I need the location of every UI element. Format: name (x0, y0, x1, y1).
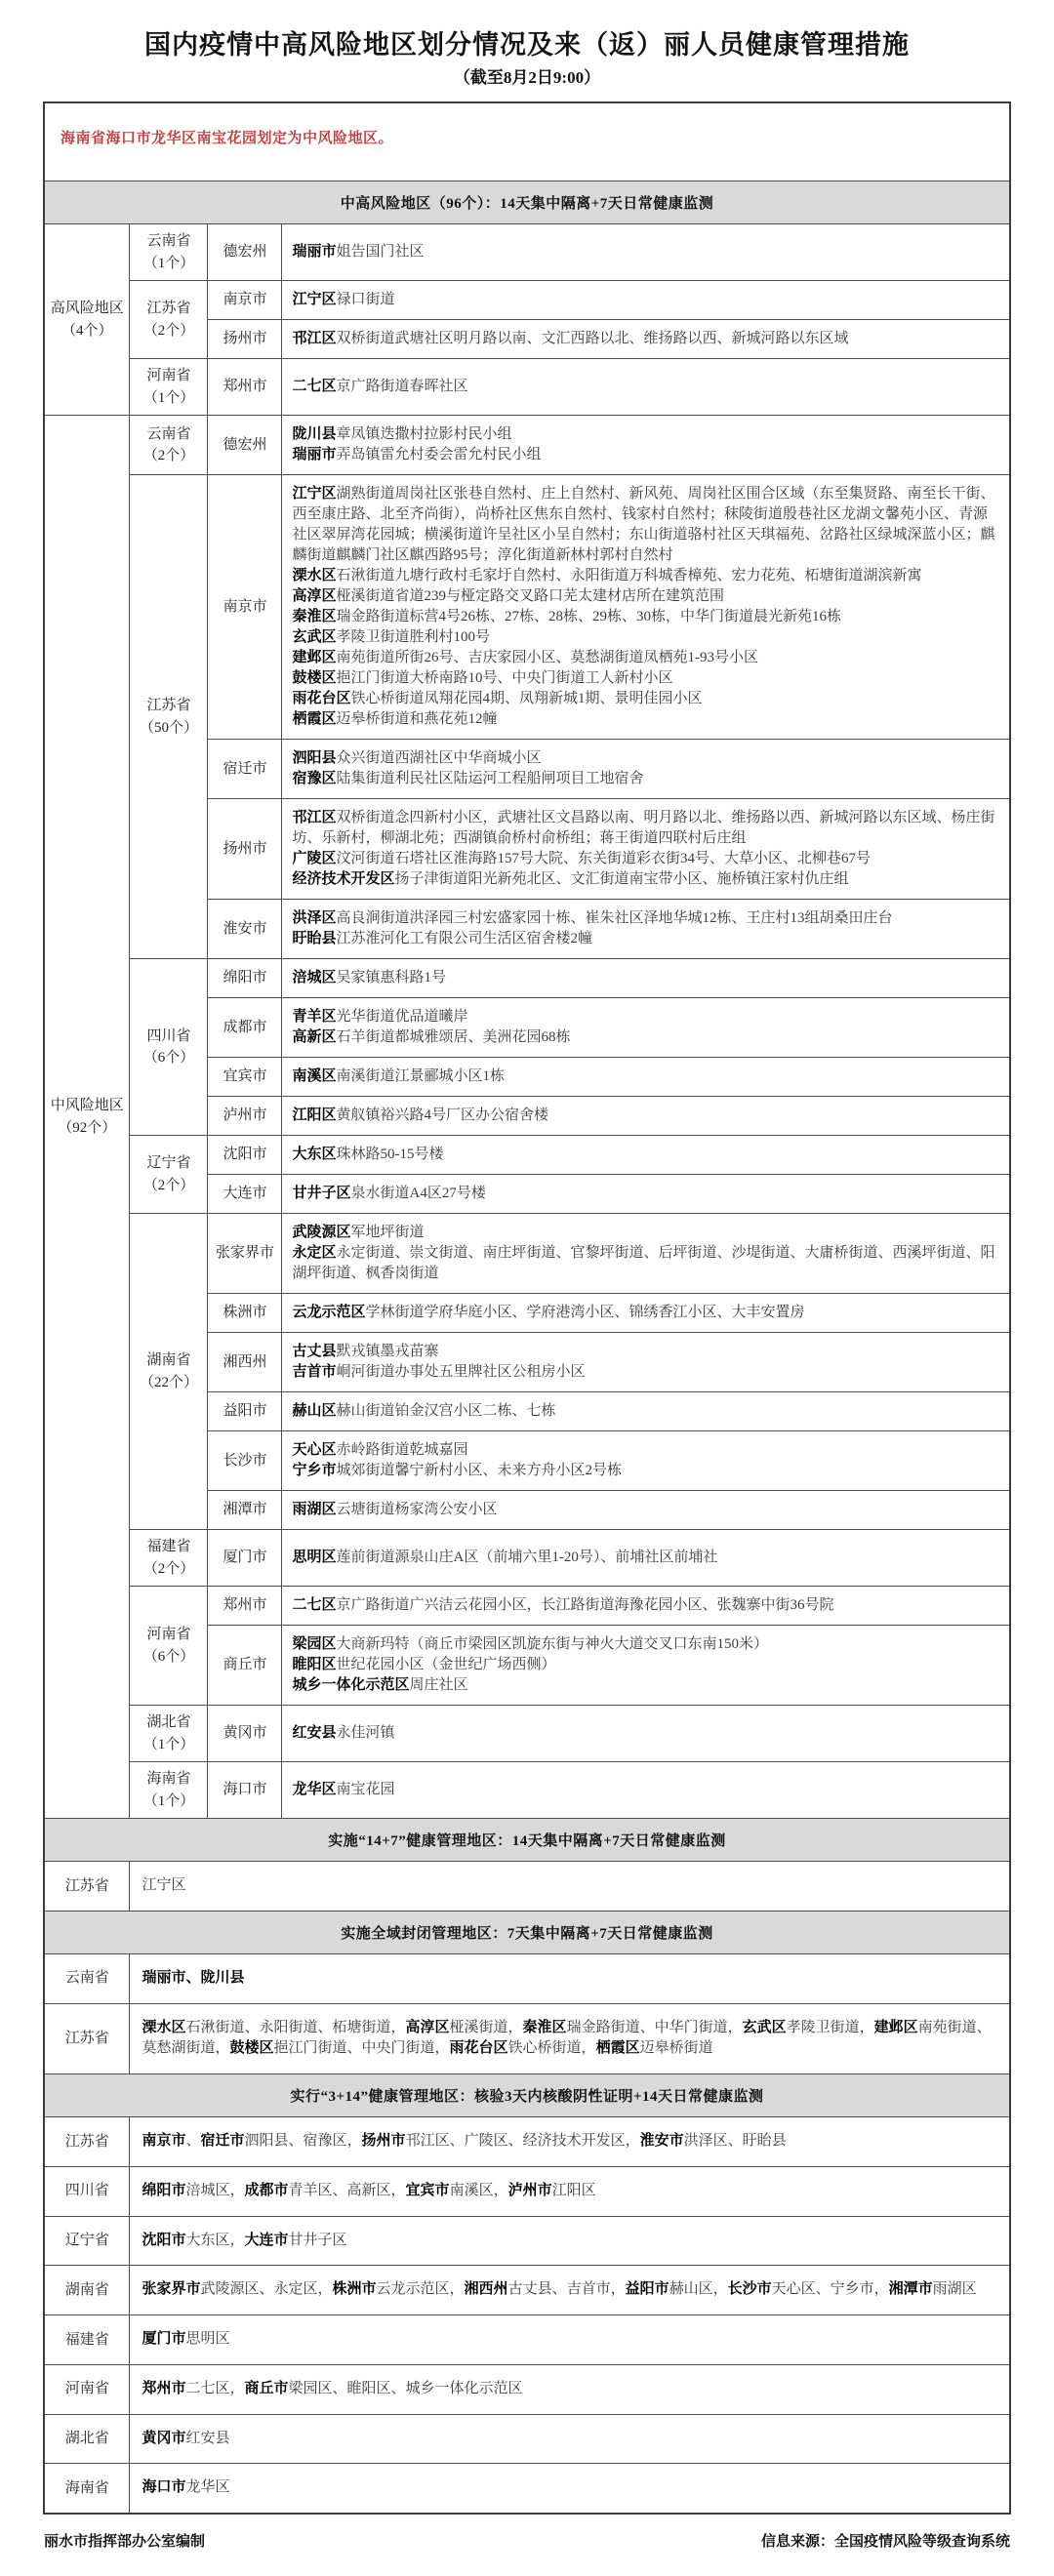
risk-category-cell: 高风险地区 （4个） (44, 224, 130, 416)
district-name: 泗阳县 (292, 750, 336, 766)
area-text: 军地坪街道 (351, 1225, 425, 1240)
district-name: 陇川县 (292, 426, 336, 442)
area-text: 云塘街道杨家湾公安小区 (337, 1502, 498, 1517)
detail-cell: 甘井子区泉水街道A4区27号楼 (282, 1175, 1010, 1214)
area-entry: 南京市、宿迁市泗阳县、宿豫区，扬州市邗江区、广陵区、经济技术开发区，淮安市洪泽区… (142, 2131, 997, 2153)
area-text: 双桥街道武塘社区明月路以南、文汇西路以北、维扬路以西、新城河路以东区域 (337, 331, 849, 346)
area-text: 众兴街道西湖社区中华商城小区 (337, 750, 542, 766)
district-name: 栖霞区 (596, 2040, 640, 2056)
city-cell: 大连市 (208, 1175, 282, 1214)
table-row: 江苏省 （2个）南京市江宁区禄口街道 (44, 281, 1010, 320)
detail-cell: 厦门市思明区 (130, 2315, 1010, 2365)
district-name: 雨湖区 (292, 1502, 336, 1517)
city-cell: 德宏州 (208, 416, 282, 475)
area-entry: 邗江区双桥街道念四新村小区，武塘社区文昌路以南、明月路以北、维扬路以西、新城河路… (292, 808, 999, 849)
district-name: 沈阳市 (142, 2233, 185, 2248)
district-name: 云龙示范区 (292, 1305, 365, 1320)
district-name: 邗江区 (292, 810, 336, 825)
detail-cell: 张家界市武陵源区、永定区，株洲市云龙示范区，湘西州古丈县、吉首市，益阳市赫山区，… (130, 2266, 1010, 2315)
city-cell: 郑州市 (208, 1587, 282, 1626)
main-section-header: 中高风险地区（96个）：14天集中隔离+7天日常健康监测 (44, 181, 1010, 224)
table-row: 江苏省 （50个）南京市江宁区湖熟街道周岗社区张巷自然村、庄上自然村、新风苑、周… (44, 475, 1010, 740)
area-text: 高良涧街道洪泽园三村宏盛家园十栋、崔朱社区泽地华城12栋、王庄村13组胡桑田庄台 (337, 910, 893, 926)
area-text: 峒河街道办事处五里牌社区公租房小区 (337, 1364, 586, 1380)
province-cell: 湖南省 （22个） (130, 1214, 208, 1530)
province-cell: 河南省 (44, 2364, 130, 2414)
detail-cell: 南京市、宿迁市泗阳县、宿豫区，扬州市邗江区、广陵区、经济技术开发区，淮安市洪泽区… (130, 2117, 1010, 2167)
district-name: 厦门市 (142, 2331, 185, 2347)
area-text: 南苑街道所街26号、吉庆家园小区、莫愁湖街道凤栖苑1-93号小区 (337, 650, 759, 665)
section-header: 实施全域封闭管理地区：7天集中隔离+7天日常健康监测 (44, 1911, 1010, 1953)
area-entry: 高淳区桠溪街道省道239与桠定路交叉路口芜太建材店所在建筑范围 (292, 586, 999, 607)
area-entry: 雨湖区云塘街道杨家湾公安小区 (292, 1500, 999, 1520)
city-cell: 黄冈市 (208, 1706, 282, 1762)
area-text: 默戎镇墨戎苗寨 (337, 1344, 439, 1359)
area-text: 江宁区 (142, 1877, 185, 1893)
detail-cell: 邗江区双桥街道念四新村小区，武塘社区文昌路以南、明月路以北、维扬路以西、新城河路… (282, 799, 1010, 900)
district-name: 天心区 (292, 1442, 336, 1458)
area-text: 湖熟街道周岗社区张巷自然村、庄上自然村、新风苑、周岗社区围合区域（东至集贤路、南… (292, 486, 994, 563)
detail-cell: 泗阳县众兴街道西湖社区中华商城小区宿豫区陆集街道利民社区陆运河工程船闸项目工地宿… (282, 740, 1010, 799)
province-cell: 河南省 （6个） (130, 1587, 208, 1706)
city-cell: 绵阳市 (208, 959, 282, 998)
district-name: 玄武区 (743, 2020, 787, 2035)
area-text: 瑞金路街道标营4号26栋、27栋、28栋、29栋、30栋，中华门街道晨光新苑16… (337, 609, 842, 624)
area-entry: 秦淮区瑞金路街道标营4号26栋、27栋、28栋、29栋、30栋，中华门街道晨光新… (292, 607, 999, 627)
city-cell: 宜宾市 (208, 1058, 282, 1097)
area-entry: 瑞丽市姐告国门社区 (292, 242, 999, 262)
risk-category-cell: 中风险地区 （92个） (44, 416, 130, 1819)
province-cell: 湖北省 (44, 2414, 130, 2464)
district-name: 溧水区 (292, 568, 336, 584)
city-cell: 郑州市 (208, 359, 282, 416)
detail-cell: 邗江区双桥街道武塘社区明月路以南、文汇西路以北、维扬路以西、新城河路以东区域 (282, 320, 1010, 359)
area-entry: 盱眙县江苏淮河化工有限公司生活区宿舍楼2幢 (292, 929, 999, 949)
province-cell: 江苏省 （2个） (130, 281, 208, 359)
area-text: 孝陵卫街道胜利村100号 (337, 629, 491, 645)
district-name: 鼓楼区 (292, 670, 336, 686)
area-text: 城郊街道馨宁新村小区、未来方舟小区2号栋 (337, 1463, 623, 1478)
district-name: 湘潭市 (889, 2281, 933, 2297)
province-cell: 河南省 （1个） (130, 359, 208, 416)
city-cell: 厦门市 (208, 1530, 282, 1587)
area-text: 汶河街道石塔社区淮海路157号大院、东关街道彩衣街34号、大草小区、北柳巷67号 (337, 851, 872, 866)
district-name: 二七区 (292, 1597, 336, 1613)
detail-cell: 绵阳市涪城区，成都市青羊区、高新区，宜宾市南溪区，泸州市江阳区 (130, 2166, 1010, 2216)
area-entry: 经济技术开发区扬子津街道阳光新苑北区、文汇街道南宝带小区、施桥镇汪家村仇庄组 (292, 869, 999, 890)
district-name: 瑞丽市 (292, 244, 336, 260)
district-name: 大连市 (245, 2233, 289, 2248)
detail-cell: 溧水区石湫街道、永阳街道、柘塘街道，高淳区桠溪街道，秦淮区瑞金路街道、中华门街道… (130, 2003, 1010, 2074)
table-row: 江苏省溧水区石湫街道、永阳街道、柘塘街道，高淳区桠溪街道，秦淮区瑞金路街道、中华… (44, 2003, 1010, 2074)
area-entry: 宿豫区陆集街道利民社区陆运河工程船闸项目工地宿舍 (292, 769, 999, 789)
area-text: 南宝花园 (337, 1782, 395, 1797)
district-name: 益阳市 (626, 2281, 669, 2297)
city-cell: 沈阳市 (208, 1136, 282, 1175)
document-page: 国内疫情中高风险地区划分情况及来（返）丽人员健康管理措施 （截至8月2日9:00… (0, 0, 1054, 2576)
detail-cell: 江宁区 (130, 1862, 1010, 1912)
area-entry: 云龙示范区学林街道学府华庭小区、学府港湾小区、锦绣香江小区、大丰安置房 (292, 1303, 999, 1323)
detail-cell: 二七区京广路街道春晖社区 (282, 359, 1010, 416)
table-row: 湖北省黄冈市红安县 (44, 2414, 1010, 2464)
table-row: 江苏省江宁区 (44, 1862, 1010, 1912)
area-text: 迈皋桥街道和燕花苑12幢 (337, 711, 498, 727)
area-text: 石湫街道、永阳街道、柘塘街道， (186, 2020, 406, 2035)
district-name: 成都市 (245, 2183, 289, 2198)
detail-cell: 思明区莲前街道源泉山庄A区（前埔六里1-20号）、前埔社区前埔社 (282, 1530, 1010, 1587)
detail-cell: 沈阳市大东区，大连市甘井子区 (130, 2216, 1010, 2266)
area-text: 黄舣镇裕兴路4号厂区办公宿舍楼 (337, 1107, 549, 1123)
detail-cell: 郑州市二七区，商丘市梁园区、睢阳区、城乡一体化示范区 (130, 2364, 1010, 2414)
district-name: 秦淮区 (292, 609, 336, 624)
district-name: 古丈县 (292, 1344, 336, 1359)
area-entry: 城乡一体化示范区周庄社区 (292, 1675, 999, 1696)
area-text: 南溪区， (450, 2183, 508, 2198)
area-text: 陆集街道利民社区陆运河工程船闸项目工地宿舍 (337, 771, 644, 786)
area-entry: 青羊区光华街道优品道曦岸 (292, 1007, 999, 1027)
district-name: 商丘市 (245, 2381, 289, 2396)
area-entry: 江阳区黄舣镇裕兴路4号厂区办公宿舍楼 (292, 1106, 999, 1126)
area-entry: 高新区石羊街道都城雅颂居、美洲花园68栋 (292, 1027, 999, 1048)
district-name: 秦淮区 (523, 2020, 567, 2035)
area-text: 莲前街道源泉山庄A区（前埔六里1-20号）、前埔社区前埔社 (337, 1550, 718, 1565)
area-text: 瑞金路街道、中华门街道， (567, 2020, 743, 2035)
area-text: 南溪街道江景郦城小区1栋 (337, 1068, 506, 1084)
area-text: 赤岭路街道乾城嘉园 (337, 1442, 468, 1458)
area-entry: 广陵区汶河街道石塔社区淮海路157号大院、东关街道彩衣街34号、大草小区、北柳巷… (292, 849, 999, 869)
district-name: 泸州市 (508, 2183, 552, 2198)
area-text: 邗江区、广陵区、经济技术开发区， (406, 2133, 640, 2149)
area-text: 挹江门街道、中央门街道， (274, 2040, 450, 2056)
province-cell: 海南省 (44, 2464, 130, 2514)
province-cell: 湖北省 （1个） (130, 1706, 208, 1762)
area-text: 双桥街道念四新村小区，武塘社区文昌路以南、明月路以北、维扬路以西、新城河路以东区… (292, 810, 994, 846)
district-name: 建邺区 (874, 2020, 918, 2035)
area-text: 姐告国门社区 (337, 244, 425, 260)
area-entry: 南溪区南溪街道江景郦城小区1栋 (292, 1067, 999, 1087)
area-text: 大商新玛特（商丘市梁园区凯旋东街与神火大道交叉口东南150米） (337, 1636, 769, 1652)
area-text: 泗阳县、宿豫区， (245, 2133, 362, 2149)
district-name: 鼓楼区 (230, 2040, 274, 2056)
area-text: 涪城区， (186, 2183, 245, 2198)
area-text: 甘井子区 (289, 2233, 347, 2248)
district-name: 江宁区 (292, 486, 336, 502)
city-cell: 株洲市 (208, 1294, 282, 1333)
district-name: 绵阳市 (142, 2183, 185, 2198)
detail-cell: 赫山区赫山街道铂金汉宫小区二栋、七栋 (282, 1392, 1010, 1431)
area-text: 江阳区 (552, 2183, 596, 2198)
detail-cell: 江宁区禄口街道 (282, 281, 1010, 320)
area-entry: 建邺区南苑街道所街26号、吉庆家园小区、莫愁湖街道凤栖苑1-93号小区 (292, 648, 999, 668)
area-entry: 二七区京广路街道春晖社区 (292, 377, 999, 397)
detail-cell: 大东区珠林路50-15号楼 (282, 1136, 1010, 1175)
city-cell: 泸州市 (208, 1097, 282, 1136)
province-cell: 江苏省 （50个） (130, 475, 208, 959)
area-text: 梁园区、睢阳区、城乡一体化示范区 (289, 2381, 523, 2396)
detail-cell: 南溪区南溪街道江景郦城小区1栋 (282, 1058, 1010, 1097)
district-name: 扬州市 (362, 2133, 406, 2149)
province-cell: 江苏省 (44, 2117, 130, 2167)
district-name: 南京市 (142, 2133, 185, 2149)
area-entry: 瑞丽市弄岛镇雷允村委会雷允村民小组 (292, 445, 999, 465)
detail-cell: 陇川县章凤镇迭撒村拉影村民小组瑞丽市弄岛镇雷允村委会雷允村民小组 (282, 416, 1010, 475)
area-entry: 邗江区双桥街道武塘社区明月路以南、文汇西路以北、维扬路以西、新城河路以东区域 (292, 329, 999, 349)
city-cell: 南京市 (208, 281, 282, 320)
table-row: 海南省海口市龙华区 (44, 2464, 1010, 2514)
area-text: 铁心桥街道， (508, 2040, 596, 2056)
city-cell: 海口市 (208, 1762, 282, 1819)
district-name: 雨花台区 (450, 2040, 508, 2056)
district-name: 大东区 (292, 1147, 336, 1162)
area-text: 洪泽区、盱眙县 (684, 2133, 787, 2149)
area-entry: 江宁区 (142, 1875, 997, 1897)
detail-cell: 海口市龙华区 (130, 2464, 1010, 2514)
district-name: 长沙市 (728, 2281, 772, 2297)
province-cell: 福建省 （2个） (130, 1530, 208, 1587)
area-text: 龙华区 (186, 2479, 230, 2495)
city-cell: 商丘市 (208, 1626, 282, 1706)
area-text: 学林街道学府华庭小区、学府港湾小区、锦绣香江小区、大丰安置房 (366, 1305, 805, 1320)
district-name: 宁乡市 (292, 1463, 336, 1478)
detail-cell: 红安县永佳河镇 (282, 1706, 1010, 1762)
district-name: 建邺区 (292, 650, 336, 665)
area-entry: 郑州市二七区，商丘市梁园区、睢阳区、城乡一体化示范区 (142, 2379, 997, 2400)
detail-cell: 江阳区黄舣镇裕兴路4号厂区办公宿舍楼 (282, 1097, 1010, 1136)
area-text: 桠溪街道， (450, 2020, 523, 2035)
district-name: 高淳区 (406, 2020, 450, 2035)
risk-table: 海南省海口市龙华区南宝花园划定为中风险地区。中高风险地区（96个）：14天集中隔… (43, 101, 1011, 2515)
district-name: 二七区 (292, 379, 336, 394)
notice-row: 海南省海口市龙华区南宝花园划定为中风险地区。 (44, 102, 1010, 181)
detail-cell: 江宁区湖熟街道周岗社区张巷自然村、庄上自然村、新风苑、周岗社区围合区域（东至集贤… (282, 475, 1010, 740)
area-text: 石羊街道都城雅颂居、美洲花园68栋 (337, 1029, 571, 1045)
district-name: 永定区 (292, 1245, 336, 1261)
area-text: 京广路街道春晖社区 (337, 379, 468, 394)
section-header: 实行“3+14”健康管理地区：核验3天内核酸阴性证明+14天日常健康监测 (44, 2074, 1010, 2117)
table-row: 福建省 （2个）厦门市思明区莲前街道源泉山庄A区（前埔六里1-20号）、前埔社区… (44, 1530, 1010, 1587)
area-text: 赫山区， (669, 2281, 728, 2297)
area-text: 天心区、宁乡市， (772, 2281, 889, 2297)
area-entry: 赫山区赫山街道铂金汉宫小区二栋、七栋 (292, 1401, 999, 1422)
area-text: 青羊区、高新区， (289, 2183, 406, 2198)
district-name: 梁园区 (292, 1636, 336, 1652)
detail-cell: 洪泽区高良涧街道洪泽园三村宏盛家园十栋、崔朱社区泽地华城12栋、王庄村13组胡桑… (282, 900, 1010, 959)
area-text: 周庄社区 (410, 1677, 468, 1693)
district-name: 经济技术开发区 (292, 871, 394, 887)
area-entry: 玄武区孝陵卫街道胜利村100号 (292, 627, 999, 648)
area-text: 世纪花园小区（金世纪广场西侧） (337, 1657, 556, 1672)
area-text: 孝陵卫街道， (787, 2020, 874, 2035)
notice-text: 海南省海口市龙华区南宝花园划定为中风险地区。 (44, 102, 1010, 181)
district-name: 邗江区 (292, 331, 336, 346)
area-text: 、 (186, 2133, 201, 2149)
province-cell: 福建省 (44, 2315, 130, 2365)
area-text: 吴家镇惠科路1号 (337, 970, 447, 986)
area-entry: 鼓楼区挹江门街道大桥南路10号、中央门街道工人新村小区 (292, 668, 999, 689)
district-name: 玄武区 (292, 629, 336, 645)
table-row: 海南省 （1个）海口市龙华区南宝花园 (44, 1762, 1010, 1819)
detail-cell: 雨湖区云塘街道杨家湾公安小区 (282, 1491, 1010, 1530)
area-entry: 雨花台区铁心桥街道凤翔花园4期、凤翔新城1期、景明佳园小区 (292, 689, 999, 709)
area-text: 禄口街道 (337, 292, 395, 307)
table-row: 四川省绵阳市涪城区，成都市青羊区、高新区，宜宾市南溪区，泸州市江阳区 (44, 2166, 1010, 2216)
area-text: 二七区， (186, 2381, 245, 2396)
area-entry: 天心区赤岭路街道乾城嘉园 (292, 1440, 999, 1461)
area-text: 永定街道、崇文街道、南庄坪街道、官黎坪街道、后坪街道、沙堤街道、大庸桥街道、西溪… (292, 1245, 994, 1281)
area-text: 古丈县、吉首市， (508, 2281, 626, 2297)
province-cell: 四川省 (44, 2166, 130, 2216)
district-name: 江宁区 (292, 292, 336, 307)
table-row: 高风险地区 （4个）云南省 （1个）德宏州瑞丽市姐告国门社区 (44, 224, 1010, 281)
area-entry: 沈阳市大东区，大连市甘井子区 (142, 2231, 997, 2252)
detail-cell: 天心区赤岭路街道乾城嘉园宁乡市城郊街道馨宁新村小区、未来方舟小区2号栋 (282, 1431, 1010, 1491)
district-name: 城乡一体化示范区 (292, 1677, 409, 1693)
table-row: 辽宁省 （2个）沈阳市大东区珠林路50-15号楼 (44, 1136, 1010, 1175)
city-cell: 张家界市 (208, 1214, 282, 1294)
district-name: 甘井子区 (292, 1186, 350, 1201)
area-text: 武陵源区、永定区， (201, 2281, 333, 2297)
district-name: 湘西州 (465, 2281, 508, 2297)
area-text: 红安县 (186, 2431, 230, 2446)
district-name: 江阳区 (292, 1107, 336, 1123)
footer: 丽水市指挥部办公室编制 信息来源：全国疫情风险等级查询系统 (44, 2530, 1010, 2576)
table-row: 福建省厦门市思明区 (44, 2315, 1010, 2365)
area-entry: 张家界市武陵源区、永定区，株洲市云龙示范区，湘西州古丈县、吉首市，益阳市赫山区，… (142, 2279, 997, 2301)
district-name: 淮安市 (640, 2133, 684, 2149)
area-entry: 武陵源区军地坪街道 (292, 1223, 999, 1243)
detail-cell: 梁园区大商新玛特（商丘市梁园区凯旋东街与神火大道交叉口东南150米）睢阳区世纪花… (282, 1626, 1010, 1706)
city-cell: 淮安市 (208, 900, 282, 959)
district-name: 宜宾市 (406, 2183, 450, 2198)
district-name: 武陵源区 (292, 1225, 350, 1240)
detail-cell: 二七区京广路街道广兴洁云花园小区，长江路街道海豫花园小区、张魏寨中街36号院 (282, 1587, 1010, 1626)
area-entry: 瑞丽市、陇川县 (142, 1968, 997, 1990)
district-name: 吉首市 (292, 1364, 336, 1380)
city-cell: 成都市 (208, 998, 282, 1058)
area-text: 雨湖区 (933, 2281, 977, 2297)
district-name: 溧水区 (142, 2020, 185, 2035)
table-row: 云南省瑞丽市、陇川县 (44, 1953, 1010, 2003)
province-cell: 云南省 （2个） (130, 416, 208, 475)
area-text: 挹江门街道大桥南路10号、中央门街道工人新村小区 (337, 670, 673, 686)
detail-cell: 青羊区光华街道优品道曦岸高新区石羊街道都城雅颂居、美洲花园68栋 (282, 998, 1010, 1058)
area-entry: 栖霞区迈皋桥街道和燕花苑12幢 (292, 709, 999, 730)
detail-cell: 云龙示范区学林街道学府华庭小区、学府港湾小区、锦绣香江小区、大丰安置房 (282, 1294, 1010, 1333)
district-name: 郑州市 (142, 2381, 185, 2396)
area-entry: 黄冈市红安县 (142, 2429, 997, 2450)
province-cell: 云南省 （1个） (130, 224, 208, 281)
area-text: 思明区 (186, 2331, 230, 2347)
district-name: 洪泽区 (292, 910, 336, 926)
city-cell: 德宏州 (208, 224, 282, 281)
city-cell: 湘潭市 (208, 1491, 282, 1530)
district-name: 张家界市 (142, 2281, 200, 2297)
area-entry: 陇川县章凤镇迭撒村拉影村民小组 (292, 424, 999, 445)
district-name: 高淳区 (292, 588, 336, 604)
district-name: 黄冈市 (142, 2431, 185, 2446)
district-name: 瑞丽市 (292, 447, 336, 463)
district-name: 瑞丽市、陇川县 (142, 1970, 244, 1986)
table-row: 辽宁省沈阳市大东区，大连市甘井子区 (44, 2216, 1010, 2266)
detail-cell: 武陵源区军地坪街道永定区永定街道、崇文街道、南庄坪街道、官黎坪街道、后坪街道、沙… (282, 1214, 1010, 1294)
area-entry: 梁园区大商新玛特（商丘市梁园区凯旋东街与神火大道交叉口东南150米） (292, 1634, 999, 1655)
detail-cell: 瑞丽市姐告国门社区 (282, 224, 1010, 281)
city-cell: 益阳市 (208, 1392, 282, 1431)
district-name: 盱眙县 (292, 931, 336, 946)
area-entry: 溧水区石湫街道、永阳街道、柘塘街道，高淳区桠溪街道，秦淮区瑞金路街道、中华门街道… (142, 2018, 997, 2061)
district-name: 栖霞区 (292, 711, 336, 727)
province-cell: 海南省 （1个） (130, 1762, 208, 1819)
table-row: 中风险地区 （92个）云南省 （2个）德宏州陇川县章凤镇迭撒村拉影村民小组瑞丽市… (44, 416, 1010, 475)
district-name: 龙华区 (292, 1782, 336, 1797)
detail-cell: 瑞丽市、陇川县 (130, 1953, 1010, 2003)
area-text: 京广路街道广兴洁云花园小区，长江路街道海豫花园小区、张魏寨中街36号院 (337, 1597, 834, 1613)
area-entry: 宁乡市城郊街道馨宁新村小区、未来方舟小区2号栋 (292, 1461, 999, 1481)
province-cell: 云南省 (44, 1953, 130, 2003)
city-cell: 扬州市 (208, 799, 282, 900)
area-text: 江苏淮河化工有限公司生活区宿舍楼2幢 (337, 931, 593, 946)
area-text: 云龙示范区， (377, 2281, 465, 2297)
area-entry: 吉首市峒河街道办事处五里牌社区公租房小区 (292, 1362, 999, 1383)
area-text: 赫山街道铂金汉宫小区二栋、七栋 (337, 1403, 556, 1419)
city-cell: 长沙市 (208, 1431, 282, 1491)
district-name: 思明区 (292, 1550, 336, 1565)
section-header: 实施“14+7”健康管理地区：14天集中隔离+7天日常健康监测 (44, 1819, 1010, 1862)
district-name: 青羊区 (292, 1009, 336, 1025)
province-cell: 四川省 （6个） (130, 959, 208, 1136)
area-text: 永佳河镇 (337, 1725, 395, 1741)
page-title: 国内疫情中高风险地区划分情况及来（返）丽人员健康管理措施 (0, 23, 1054, 61)
area-entry: 大东区珠林路50-15号楼 (292, 1145, 999, 1165)
area-entry: 绵阳市涪城区，成都市青羊区、高新区，宜宾市南溪区，泸州市江阳区 (142, 2181, 997, 2202)
district-name: 南溪区 (292, 1068, 336, 1084)
table-row: 湖南省 （22个）张家界市武陵源区军地坪街道永定区永定街道、崇文街道、南庄坪街道… (44, 1214, 1010, 1294)
section-header-row: 实行“3+14”健康管理地区：核验3天内核酸阴性证明+14天日常健康监测 (44, 2074, 1010, 2117)
detail-cell: 涪城区吴家镇惠科路1号 (282, 959, 1010, 998)
area-entry: 江宁区禄口街道 (292, 290, 999, 310)
area-entry: 江宁区湖熟街道周岗社区张巷自然村、庄上自然村、新风苑、周岗社区围合区域（东至集贤… (292, 484, 999, 566)
section-header-row: 中高风险地区（96个）：14天集中隔离+7天日常健康监测 (44, 181, 1010, 224)
area-entry: 甘井子区泉水街道A4区27号楼 (292, 1184, 999, 1204)
area-text: 迈皋桥街道 (640, 2040, 713, 2056)
area-entry: 永定区永定街道、崇文街道、南庄坪街道、官黎坪街道、后坪街道、沙堤街道、大庸桥街道… (292, 1243, 999, 1284)
district-name: 广陵区 (292, 851, 336, 866)
area-text: 铁心桥街道凤翔花园4期、凤翔新城1期、景明佳园小区 (351, 691, 703, 706)
table-row: 四川省 （6个）绵阳市涪城区吴家镇惠科路1号 (44, 959, 1010, 998)
province-cell: 江苏省 (44, 2003, 130, 2074)
district-name: 宿迁市 (201, 2133, 245, 2149)
city-cell: 扬州市 (208, 320, 282, 359)
area-text: 章凤镇迭撒村拉影村民小组 (337, 426, 512, 442)
table-row: 河南省 （1个）郑州市二七区京广路街道春晖社区 (44, 359, 1010, 416)
section-header-row: 实施“14+7”健康管理地区：14天集中隔离+7天日常健康监测 (44, 1819, 1010, 1862)
area-text: 光华街道优品道曦岸 (337, 1009, 468, 1025)
area-entry: 泗阳县众兴街道西湖社区中华商城小区 (292, 748, 999, 769)
area-text: 石湫街道九塘行政村毛家圩自然村、永阳街道万科城香樟苑、宏力花苑、柘塘街道湖滨新寓 (337, 568, 922, 584)
area-entry: 溧水区石湫街道九塘行政村毛家圩自然村、永阳街道万科城香樟苑、宏力花苑、柘塘街道湖… (292, 566, 999, 586)
area-entry: 龙华区南宝花园 (292, 1780, 999, 1800)
city-cell: 南京市 (208, 475, 282, 740)
area-entry: 涪城区吴家镇惠科路1号 (292, 968, 999, 988)
area-entry: 古丈县默戎镇墨戎苗寨 (292, 1342, 999, 1362)
area-entry: 思明区莲前街道源泉山庄A区（前埔六里1-20号）、前埔社区前埔社 (292, 1548, 999, 1568)
area-text: 珠林路50-15号楼 (337, 1147, 444, 1162)
city-cell: 宿迁市 (208, 740, 282, 799)
detail-cell: 黄冈市红安县 (130, 2414, 1010, 2464)
section-header-row: 实施全域封闭管理地区：7天集中隔离+7天日常健康监测 (44, 1911, 1010, 1953)
district-name: 赫山区 (292, 1403, 336, 1419)
footer-right-text: 信息来源：全国疫情风险等级查询系统 (761, 2530, 1010, 2551)
